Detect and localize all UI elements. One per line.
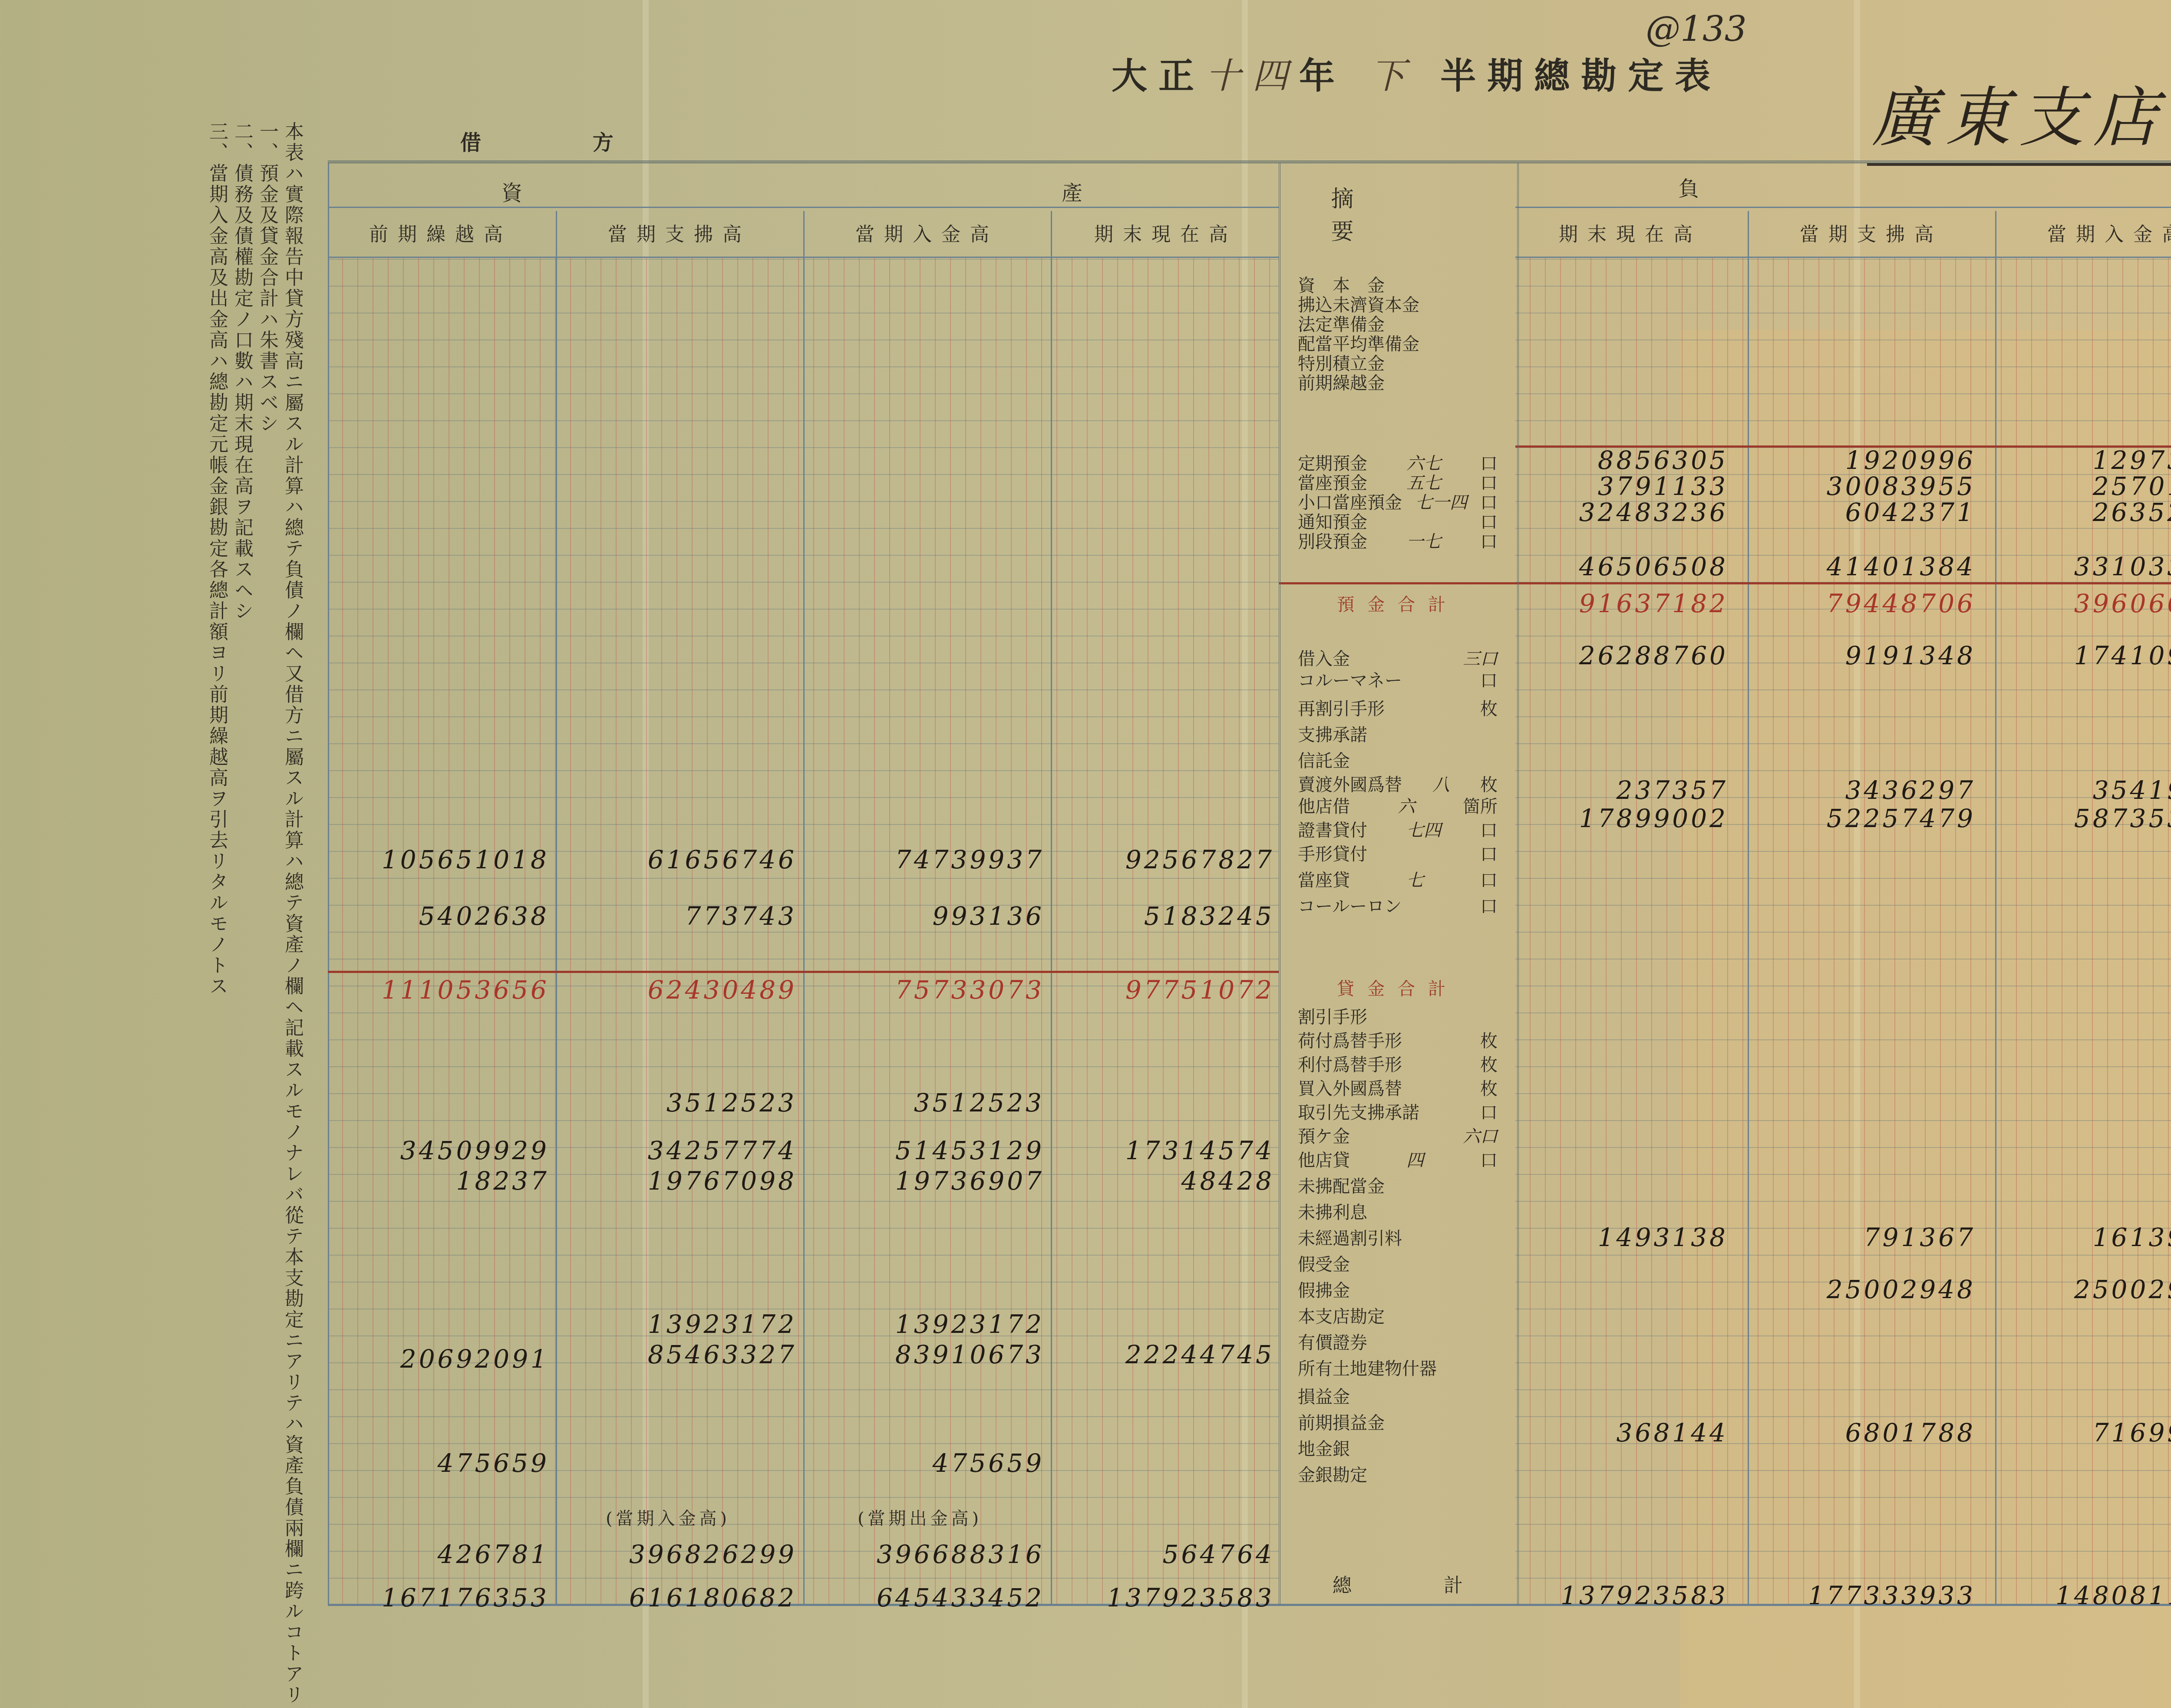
item-label: 貸金合計 [1337,975,1458,1000]
summary-grand-total: 總計 [1298,1570,1498,1598]
item-unit: 枚 [1480,1027,1498,1052]
title-year-handwritten: 十四 [1205,56,1299,97]
liability-cell: 26288760 [1520,641,1728,670]
asset-subtotal-cell: 62430489 [588,975,797,1005]
asset-cell: 48428 [1066,1166,1274,1196]
item-unit: 枚 [1480,1051,1498,1076]
item-count: 七 [1406,867,1424,891]
summary-item: 別段預金一七口 [1298,528,1498,553]
liabilities-col-receipts: 當期入金高 [1997,211,2171,254]
notes-item-2: 二、債務及債權勘定ノ口數ハ期末現在高ヲ記載スヘシ [229,122,254,1598]
liability-cell: 6042371 [1767,498,1976,527]
liability-total-cell: 137923583 [1520,1581,1728,1610]
item-unit: 口 [1480,893,1498,917]
asset-cell: 34509929 [341,1136,549,1165]
summary-item: 支拂承諾 [1298,721,1498,746]
item-label: 當座貸 [1298,867,1350,891]
grid-border [328,163,329,1605]
asset-cell: 3512523 [588,1088,797,1118]
liability-cell: 237357 [1520,775,1728,805]
item-label: コルーマネー [1298,667,1402,692]
liability-total-cell: 177333933 [1767,1581,1976,1610]
liability-subtotal-cell: 39606071 [2015,589,2171,618]
assets-col-end-balance: 期末現在高 [1053,211,1279,254]
summary-item: 假拂金 [1298,1277,1498,1302]
title-half-handwritten: 下 [1370,56,1417,97]
item-label: 未拂利息 [1298,1199,1367,1223]
item-label: 假受金 [1298,1251,1350,1276]
item-count: 三口 [1463,645,1498,670]
liability-cell: 46506508 [1520,552,1728,581]
asset-total-cell: 137923583 [1066,1583,1274,1612]
item-unit: 口 [1480,817,1498,841]
item-unit: 口 [1480,841,1498,865]
instructions-notes: 本表ハ實際報告中貸方殘高ニ屬スル計算ハ總テ負債ノ欄ヘ又借方ニ屬スル計算ハ總テ資產… [204,122,305,1598]
item-label: 割引手形 [1298,1003,1367,1028]
column-divider [1051,211,1052,1605]
summary-item: 未拂配當金 [1298,1173,1498,1197]
notes-intro: 本表ハ實際報告中貸方殘高ニ屬スル計算ハ總テ負債ノ欄ヘ又借方ニ屬スル計算ハ總テ資產… [280,122,305,1598]
liability-total-cell: 148081163 [2015,1581,2171,1610]
asset-cell: 18237 [341,1166,549,1196]
summary-item: 損益金 [1298,1383,1498,1408]
item-unit: 枚 [1480,771,1498,796]
item-label: 地金銀 [1298,1435,1350,1460]
item-unit: 口 [1480,1099,1498,1124]
title-main: 半期總勘定表 [1440,55,1722,97]
asset-cell: 83910673 [836,1340,1044,1369]
liability-cell: 6801788 [1767,1418,1976,1448]
liabilities-col-payments: 當期支拂高 [1750,211,1993,254]
column-divider [1748,211,1749,1605]
assets-head-right: 產 [1062,176,1082,206]
summary-item: 他店貸四口 [1298,1147,1498,1171]
asset-cell: 20692091 [341,1344,549,1374]
asset-cell: 993136 [836,901,1044,931]
item-label: 別段預金 [1298,528,1367,553]
asset-cell: 475659 [836,1448,1044,1478]
item-label: 證書貸付 [1298,817,1367,841]
summary-item: 假受金 [1298,1251,1498,1276]
asset-cell: 61656746 [588,845,797,874]
summary-item: 證書貸付七四口 [1298,817,1498,841]
asset-cell: 19736907 [836,1166,1044,1196]
assets-col-payments: 當期支拂高 [558,211,801,254]
summary-item: 手形貸付口 [1298,841,1498,865]
item-count: 八 [1432,771,1450,796]
divider [328,207,1279,208]
notes-item-1: 一、預金及貸金合計ハ朱書スベシ [254,122,280,1598]
item-label: 再割引手形 [1298,695,1385,720]
summary-item: 荷付爲替手形枚 [1298,1027,1498,1052]
asset-cell: 396826299 [588,1540,797,1569]
summary-subtotal-deposits: 預金合計 [1298,591,1498,616]
liability-cell: 9191348 [1767,641,1976,670]
item-unit: 口 [1480,867,1498,891]
reference-number: @133 [1646,9,1747,49]
asset-subtotal-cell: 97751072 [1066,975,1274,1005]
summary-item: 前期繰越金 [1298,369,1498,394]
liability-cell: 2635239 [2015,498,2171,527]
asset-cell: 19767098 [588,1166,797,1196]
asset-cell: 22244745 [1066,1340,1274,1369]
summary-item: 當座貸七口 [1298,867,1498,891]
loans-subtotal-rule [328,971,1279,973]
liability-cell: 1297316 [2015,445,2171,475]
notes-item-3: 三、當期入金高及出金高ハ總勘定元帳金銀勘定各總計額ヨリ前期繰越高ヲ引去リタルモノ… [204,122,229,1598]
summary-item: 預ケ金六口 [1298,1123,1498,1147]
item-label: 前期繰越金 [1298,369,1385,394]
liability-cell: 25002948 [2015,1275,2171,1304]
item-count: 四 [1406,1147,1424,1171]
asset-cell: 13923172 [836,1309,1044,1339]
title-era: 大正 [1112,55,1205,97]
liability-cell: 2570160 [2015,472,2171,501]
item-label: 預金合計 [1337,591,1458,616]
summary-item: 賣渡外國爲替八枚 [1298,771,1498,796]
summary-item: 金銀勘定 [1298,1461,1498,1486]
liability-cell: 33103356 [2015,552,2171,581]
liability-cell: 3541991 [2015,775,2171,805]
item-label: 本支店勘定 [1298,1303,1385,1328]
liability-cell: 1920996 [1767,445,1976,475]
asset-cell: 17314574 [1066,1136,1274,1165]
asset-cell: 426781 [341,1540,549,1569]
liability-cell: 1493138 [1520,1223,1728,1252]
liability-subtotal-cell: 79448706 [1767,589,1976,618]
branch-name: 廣東支店 [1867,65,2171,166]
item-label: 支拂承諾 [1298,721,1367,746]
asset-cell: 51453129 [836,1136,1044,1165]
summary-item: 未拂利息 [1298,1199,1498,1223]
item-label: 假拂金 [1298,1277,1350,1302]
liability-cell: 41401384 [1767,552,1976,581]
summary-item: 利付爲替手形枚 [1298,1051,1498,1076]
asset-total-cell: 167176353 [341,1583,549,1612]
asset-cell: 85463327 [588,1340,797,1369]
item-count: 六 [1398,793,1415,818]
summary-item: 買入外國爲替枚 [1298,1075,1498,1100]
asset-subtotal-cell: 75733073 [836,975,1044,1005]
item-count: 七四 [1406,817,1441,841]
liability-cell: 3791133 [1520,472,1728,501]
summary-item: 借入金三口 [1298,645,1498,670]
item-label: 未經過割引料 [1298,1225,1402,1250]
liability-cell: 3436297 [1767,775,1976,805]
column-divider [556,211,557,1605]
item-label: 未拂配當金 [1298,1173,1385,1197]
liabilities-col-end-balance: 期末現在高 [1515,211,1745,254]
total-label-right: 計 [1444,1570,1463,1598]
item-label: 預ケ金 [1298,1123,1350,1147]
liabilities-head-left: 負 [1678,172,1699,202]
item-label: 前期損益金 [1298,1409,1385,1434]
asset-cell: 34257774 [588,1136,797,1165]
liability-cell: 52257479 [1767,804,1976,833]
summary-item: 信託金 [1298,747,1498,772]
summary-item: 所有土地建物什器 [1298,1355,1498,1380]
document-title: 大正十四年 下 半期總勘定表 [1112,48,1722,99]
period-receipts-label: (當期入金高) [606,1505,730,1530]
item-label: 損益金 [1298,1383,1350,1408]
item-label: 利付爲替手形 [1298,1051,1402,1076]
item-label: 金銀勘定 [1298,1461,1367,1486]
column-divider [803,211,805,1605]
item-unit: 枚 [1480,1075,1498,1100]
divider [1515,207,2171,208]
asset-subtotal-cell: 111053656 [341,975,549,1005]
total-label-left: 總 [1333,1570,1352,1598]
asset-cell: 475659 [341,1448,549,1478]
asset-cell: 92567827 [1066,845,1274,874]
liability-cell: 7169932 [2015,1418,2171,1448]
title-year-suffix: 年 [1299,55,1346,97]
summary-item: 他店借六箇所 [1298,793,1498,818]
asset-cell: 13923172 [588,1309,797,1339]
summary-item: 取引先支拂承諾口 [1298,1099,1498,1124]
summary-column: 摘要 資 本 金 拂込未濟資本金 法定準備金 配當平均準備金 特別積立金 前期繰… [1279,163,1519,1605]
summary-subtotal-loans: 貸金合計 [1298,975,1498,1000]
assets-head-left: 資 [502,176,522,206]
asset-cell: 5183245 [1066,901,1274,931]
asset-cell: 773743 [588,901,797,931]
item-label: 手形貸付 [1298,841,1367,865]
summary-header-right: 要 [1331,219,1466,245]
item-count: 六口 [1463,1123,1498,1147]
ledger-grid: 資 產 負 債 前期繰越高 當期支拂高 當期入金高 期末現在高 期末現在高 當期… [328,161,2171,1618]
item-unit: 口 [1480,528,1498,553]
summary-item: 本支店勘定 [1298,1303,1498,1328]
asset-cell: 5402638 [341,901,549,931]
item-unit: 口 [1480,667,1498,692]
summary-item: 前期損益金 [1298,1409,1498,1434]
asset-cell: 105651018 [341,845,549,874]
liability-cell: 25002948 [1767,1275,1976,1304]
asset-total-cell: 616180682 [588,1583,797,1612]
item-label: コールーロン [1298,893,1402,917]
assets-col-prev-balance: 前期繰越高 [328,211,554,254]
item-label: 買入外國爲替 [1298,1075,1402,1100]
summary-item: 割引手形 [1298,1003,1498,1028]
item-label: 所有土地建物什器 [1298,1355,1437,1380]
summary-header-left: 摘 [1331,186,1466,212]
summary-item: 地金銀 [1298,1435,1498,1460]
summary-item: 有價證券 [1298,1329,1498,1354]
asset-cell: 74739937 [836,845,1044,874]
asset-cell: 3512523 [836,1088,1044,1118]
divider [1515,257,2171,258]
item-label: 借入金 [1298,645,1350,670]
item-unit: 箇所 [1463,793,1498,818]
item-label: 賣渡外國爲替 [1298,771,1402,796]
item-unit: 枚 [1480,695,1498,720]
item-label: 有價證券 [1298,1329,1367,1354]
liability-cell: 17899002 [1520,804,1728,833]
column-divider [1995,211,1996,1605]
item-unit: 口 [1480,1147,1498,1171]
liability-cell: 30083955 [1767,472,1976,501]
debit-side-label: 借 方 [460,126,666,156]
item-label: 荷付爲替手形 [1298,1027,1402,1052]
summary-item: 未經過割引料 [1298,1225,1498,1250]
item-label: 取引先支拂承諾 [1298,1099,1419,1124]
liability-cell: 58735352 [2015,804,2171,833]
asset-total-cell: 645433452 [836,1583,1044,1612]
liability-subtotal-cell: 91637182 [1520,589,1728,618]
summary-item: 再割引手形枚 [1298,695,1498,720]
liability-cell: 17410913 [2015,641,2171,670]
asset-cell: 564764 [1066,1540,1274,1569]
liability-cell: 791367 [1767,1223,1976,1252]
period-disbursements-label: (當期出金高) [858,1505,982,1530]
summary-header: 摘要 [1280,181,1517,246]
item-count: 一七 [1406,528,1441,553]
summary-item: コールーロン口 [1298,893,1498,917]
summary-item: コルーマネー口 [1298,667,1498,692]
liability-cell: 32483236 [1520,498,1728,527]
item-label: 信託金 [1298,747,1350,772]
liability-cell: 8856305 [1520,445,1728,475]
liability-cell: 1613956 [2015,1223,2171,1252]
liability-cell: 368144 [1520,1418,1728,1448]
asset-cell: 396688316 [836,1540,1044,1569]
item-label: 他店貸 [1298,1147,1350,1171]
item-label: 他店借 [1298,793,1350,818]
assets-col-receipts: 當期入金高 [805,211,1049,254]
